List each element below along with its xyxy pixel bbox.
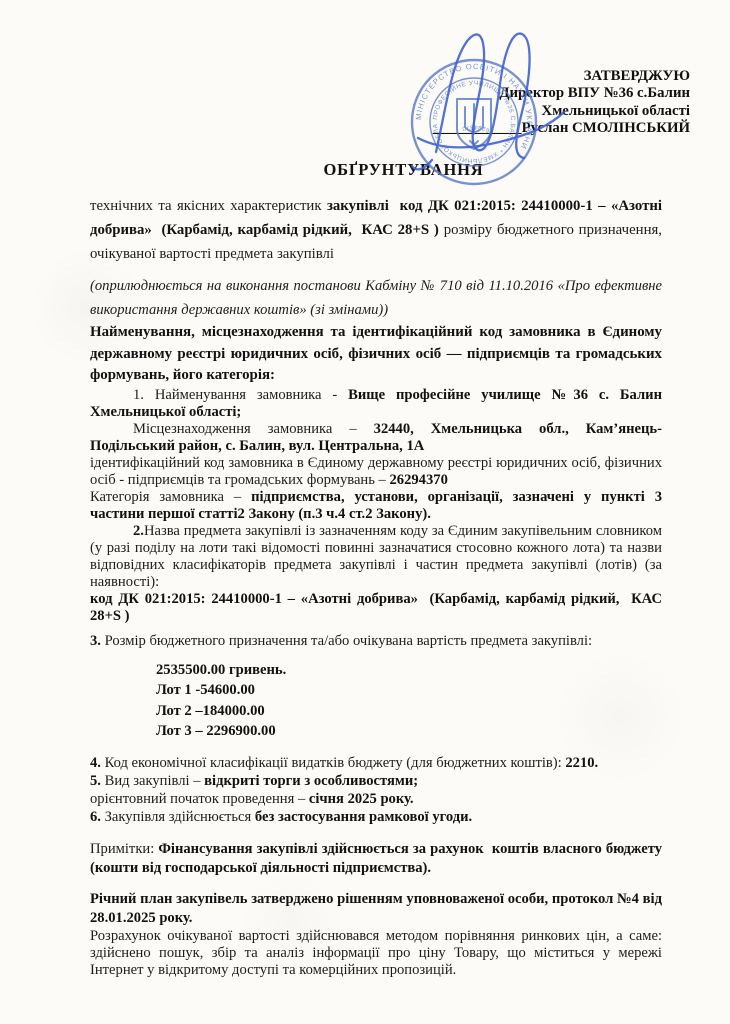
lot-2-amount: Лот 2 –184000.00 bbox=[156, 701, 662, 722]
annual-plan-paragraph: Річний план закупівель затверджено рішен… bbox=[90, 890, 662, 928]
start-date-bold: січня 2025 року. bbox=[309, 791, 414, 807]
customer-category-item: Категорія замовника – підприємства, уста… bbox=[90, 489, 662, 523]
kabmin-resolution-note: (оприлюднюється на виконання постанови К… bbox=[90, 274, 662, 322]
lot-1-amount: Лот 1 -54600.00 bbox=[156, 680, 662, 701]
customer-location-item: Місцезнаходження замовника – 32440, Хмел… bbox=[90, 421, 662, 455]
document-body: технічних та якісних характеристик закуп… bbox=[90, 194, 662, 979]
item3-text: Розмір бюджетного призначення та/або очі… bbox=[101, 633, 592, 649]
notes-paragraph: Примітки: Фінансування закупівлі здійсню… bbox=[90, 840, 662, 878]
customer-id-code: 26294370 bbox=[389, 472, 447, 488]
budget-code-item: 4. Код економічної класифікації видатків… bbox=[90, 754, 662, 772]
item4-text: Код економічної класифікації видатків бю… bbox=[101, 755, 565, 771]
procurement-code-bold: код ДК 021:2015: 24410000-1 – «Азотні до… bbox=[90, 591, 666, 624]
start-date-pre: орієнтовний початок проведення – bbox=[90, 791, 309, 807]
intro-paragraph: технічних та якісних характеристик закуп… bbox=[90, 194, 662, 266]
total-amount: 2535500.00 гривень. bbox=[156, 660, 662, 681]
procurement-code-line: код ДК 021:2015: 24410000-1 – «Азотні до… bbox=[90, 591, 662, 625]
item6-number: 6. bbox=[90, 809, 101, 825]
lot-3-amount: Лот 3 – 2296900.00 bbox=[156, 721, 662, 742]
item3-number: 3. bbox=[90, 633, 101, 649]
item5-bold: відкриті торги з особливостями; bbox=[204, 773, 418, 789]
notes-bold: Фінансування закупівлі здійснюється за р… bbox=[90, 841, 666, 876]
subject-name-item: 2.Назва предмета закупівлі із зазначення… bbox=[90, 523, 662, 591]
item4-number: 4. bbox=[90, 755, 101, 771]
item6-text: Закупівля здійснюється bbox=[101, 809, 255, 825]
section1-heading: Найменування, місцезнаходження та іденти… bbox=[90, 322, 662, 387]
item5-number: 5. bbox=[90, 773, 101, 789]
procurement-type-item: 5. Вид закупівлі – відкриті торги з особ… bbox=[90, 772, 662, 790]
scanned-document-page: ЗАТВЕРДЖУЮ Директор ВПУ №36 с.Балин Хмел… bbox=[0, 0, 730, 1024]
customer-category-pre: Категорія замовника – bbox=[90, 489, 251, 505]
customer-name-item: 1. Найменування замовника - Вище професі… bbox=[90, 387, 662, 421]
item5-text: Вид закупівлі – bbox=[101, 773, 204, 789]
item2-number: 2. bbox=[133, 523, 144, 539]
intro-pre: технічних та якісних характеристик bbox=[90, 198, 327, 214]
customer-name-pre: 1. Найменування замовника - bbox=[133, 387, 348, 403]
notes-label: Примітки: bbox=[90, 841, 158, 857]
customer-id-pre: ідентифікаційний код замовника в Єдиному… bbox=[90, 455, 666, 488]
cost-calculation-paragraph: Розрахунок очікуваної вартості здійснюва… bbox=[90, 928, 662, 979]
start-date-line: орієнтовний початок проведення – січня 2… bbox=[90, 790, 662, 808]
signature-ink-icon bbox=[388, 20, 588, 192]
customer-location-pre: Місцезнаходження замовника – bbox=[133, 421, 374, 437]
amounts-block: 2535500.00 гривень. Лот 1 -54600.00 Лот … bbox=[156, 660, 662, 742]
item2-text: Назва предмета закупівлі із зазначенням … bbox=[90, 523, 666, 590]
framework-item: 6. Закупівля здійснюється без застосуван… bbox=[90, 808, 662, 826]
budget-size-item: 3. Розмір бюджетного призначення та/або … bbox=[90, 633, 662, 650]
item4-code: 2210. bbox=[565, 755, 598, 771]
item6-bold: без застосування рамкової угоди. bbox=[255, 809, 472, 825]
customer-id-item: ідентифікаційний код замовника в Єдиному… bbox=[90, 455, 662, 489]
